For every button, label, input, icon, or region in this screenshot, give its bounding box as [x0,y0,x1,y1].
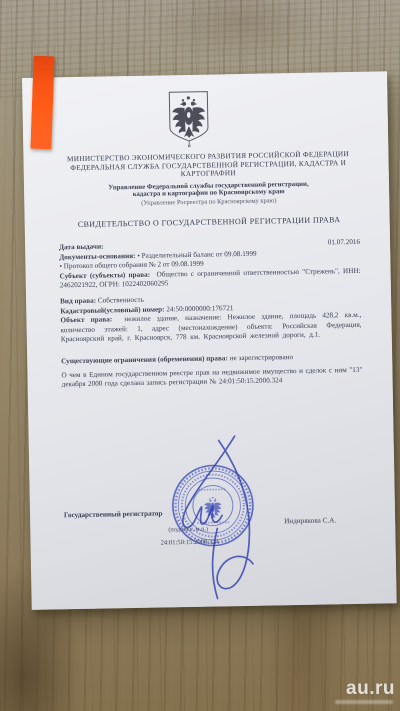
watermark-logo: au.ru [335,679,395,704]
watermark-subtext [335,700,393,704]
restrictions-paragraph: Существующие ограничения (обременения) п… [61,352,362,367]
handwritten-signature [149,430,268,604]
restrictions-value: не зарегистрировано [230,354,294,363]
ministry-line-2: ФЕДЕРАЛЬНАЯ СЛУЖБА ГОСУДАРСТВЕННОЙ РЕГИС… [58,158,359,181]
record-paragraph: О чем в Едином государственном реестре п… [61,366,362,390]
issue-date-value: 01.07.2016 [328,238,361,248]
certificate-title: СВИДЕТЕЛЬСТВО О ГОСУДАРСТВЕННОЙ РЕГИСТРА… [59,215,360,230]
registrar-label: Государственный регистратор [64,509,163,519]
cadastral-value: 24:50:0000000:176721 [166,304,233,313]
right-type-value: Собственность [98,296,144,305]
subject-label: Субъект (субъекты) права: [60,270,151,280]
document-photo: МИНИСТЕРСТВО ЭКОНОМИЧЕСКОГО РАЗВИТИЯ РОС… [0,0,400,711]
basis-item-1: • Разделительный баланс от 09.08.1999 [137,250,256,260]
coat-of-arms-icon [166,90,211,149]
basis-label: Документы-основания: [59,252,135,261]
object-label: Объект права: [60,316,112,325]
certificate-body: Дата выдачи: 01.07.2016 Документы-основа… [59,238,363,390]
certificate-sheet: МИНИСТЕРСТВО ЭКОНОМИЧЕСКОГО РАЗВИТИЯ РОС… [22,71,397,610]
sheet-content: МИНИСТЕРСТВО ЭКОНОМИЧЕСКОГО РАЗВИТИЯ РОС… [22,71,397,610]
orange-sticker [30,56,54,150]
right-type-label: Вид права: [60,297,96,306]
object-paragraph: Объект права: нежилое здание, назначение… [60,311,361,345]
restrictions-label: Существующие ограничения (обременения) п… [61,355,228,366]
watermark-text: au.ru [335,679,395,698]
registrar-name: Индирякова С.А. [284,516,336,525]
cadastral-label: Кадастровый(условный) номер: [60,305,164,315]
